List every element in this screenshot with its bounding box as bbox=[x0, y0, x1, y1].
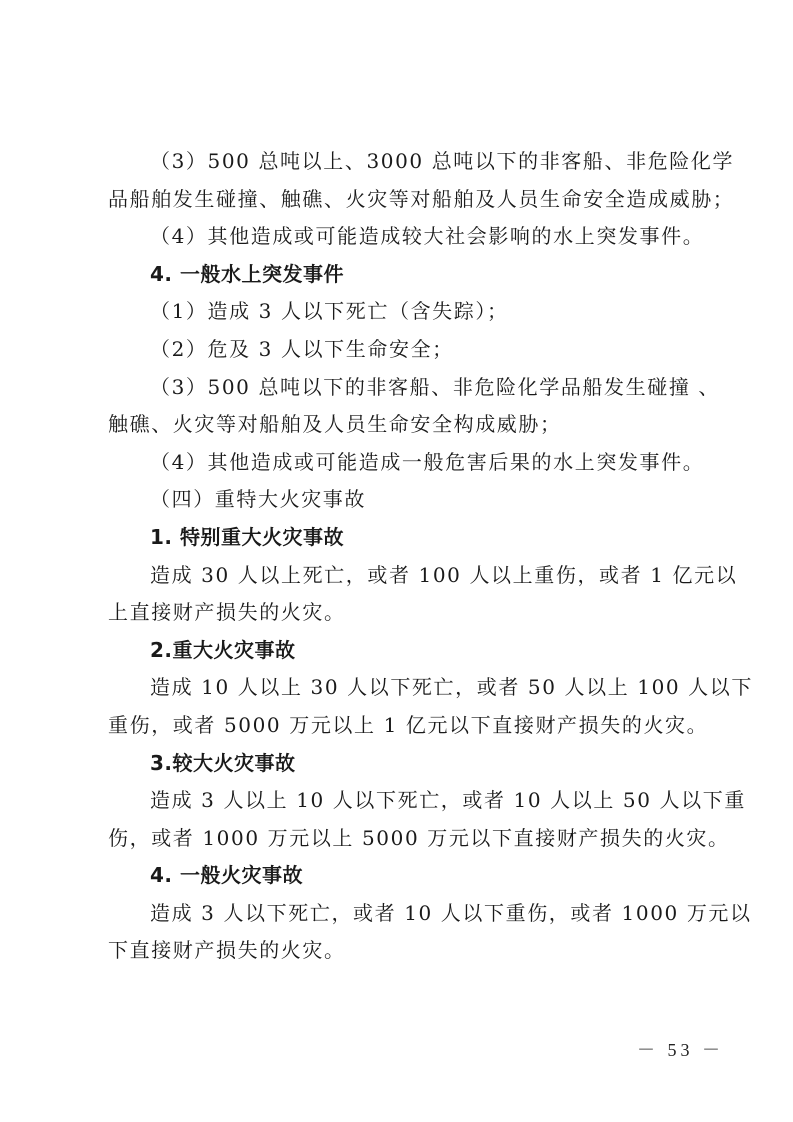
paragraph-line-especially-major-a: 造成 30 人以上死亡，或者 100 人以上重伤，或者 1 亿元以 bbox=[108, 557, 696, 595]
heading-especially-major-fire: 1. 特别重大火灾事故 bbox=[108, 519, 696, 557]
section-heading-fire-accidents: （四）重特大火灾事故 bbox=[108, 481, 696, 519]
page-number: － 53 － bbox=[637, 1036, 724, 1062]
paragraph-line-larger-b: 伤，或者 1000 万元以上 5000 万元以下直接财产损失的火灾。 bbox=[108, 820, 696, 858]
paragraph-line-general-fire-a: 造成 3 人以下死亡，或者 10 人以下重伤，或者 1000 万元以 bbox=[108, 895, 696, 933]
paragraph-line-general-fire-b: 下直接财产损失的火灾。 bbox=[108, 932, 696, 970]
paragraph-line-general-2: （2）危及 3 人以下生命安全； bbox=[108, 331, 696, 369]
paragraph-line-major-a: 造成 10 人以上 30 人以下死亡，或者 50 人以上 100 人以下 bbox=[108, 669, 696, 707]
paragraph-line-item4: （4）其他造成或可能造成较大社会影响的水上突发事件。 bbox=[108, 218, 696, 256]
paragraph-line-general-3b: 触礁、火灾等对船舶及人员生命安全构成威胁； bbox=[108, 406, 696, 444]
paragraph-line-item3-b: 品船舶发生碰撞、触礁、火灾等对船舶及人员生命安全造成威胁； bbox=[108, 181, 696, 219]
paragraph-line-especially-major-b: 上直接财产损失的火灾。 bbox=[108, 594, 696, 632]
document-body: （3）500 总吨以上、3000 总吨以下的非客船、非危险化学 品船舶发生碰撞、… bbox=[108, 143, 696, 970]
heading-general-water-incident: 4. 一般水上突发事件 bbox=[108, 256, 696, 294]
paragraph-line-major-b: 重伤，或者 5000 万元以上 1 亿元以下直接财产损失的火灾。 bbox=[108, 707, 696, 745]
paragraph-line-general-4: （4）其他造成或可能造成一般危害后果的水上突发事件。 bbox=[108, 444, 696, 482]
paragraph-line-general-3a: （3）500 总吨以下的非客船、非危险化学品船发生碰撞 、 bbox=[108, 369, 696, 407]
paragraph-line-item3-a: （3）500 总吨以上、3000 总吨以下的非客船、非危险化学 bbox=[108, 143, 696, 181]
heading-major-fire: 2.重大火灾事故 bbox=[108, 632, 696, 670]
heading-general-fire: 4. 一般火灾事故 bbox=[108, 857, 696, 895]
heading-larger-fire: 3.较大火灾事故 bbox=[108, 745, 696, 783]
paragraph-line-larger-a: 造成 3 人以上 10 人以下死亡，或者 10 人以上 50 人以下重 bbox=[108, 782, 696, 820]
paragraph-line-general-1: （1）造成 3 人以下死亡（含失踪）； bbox=[108, 293, 696, 331]
